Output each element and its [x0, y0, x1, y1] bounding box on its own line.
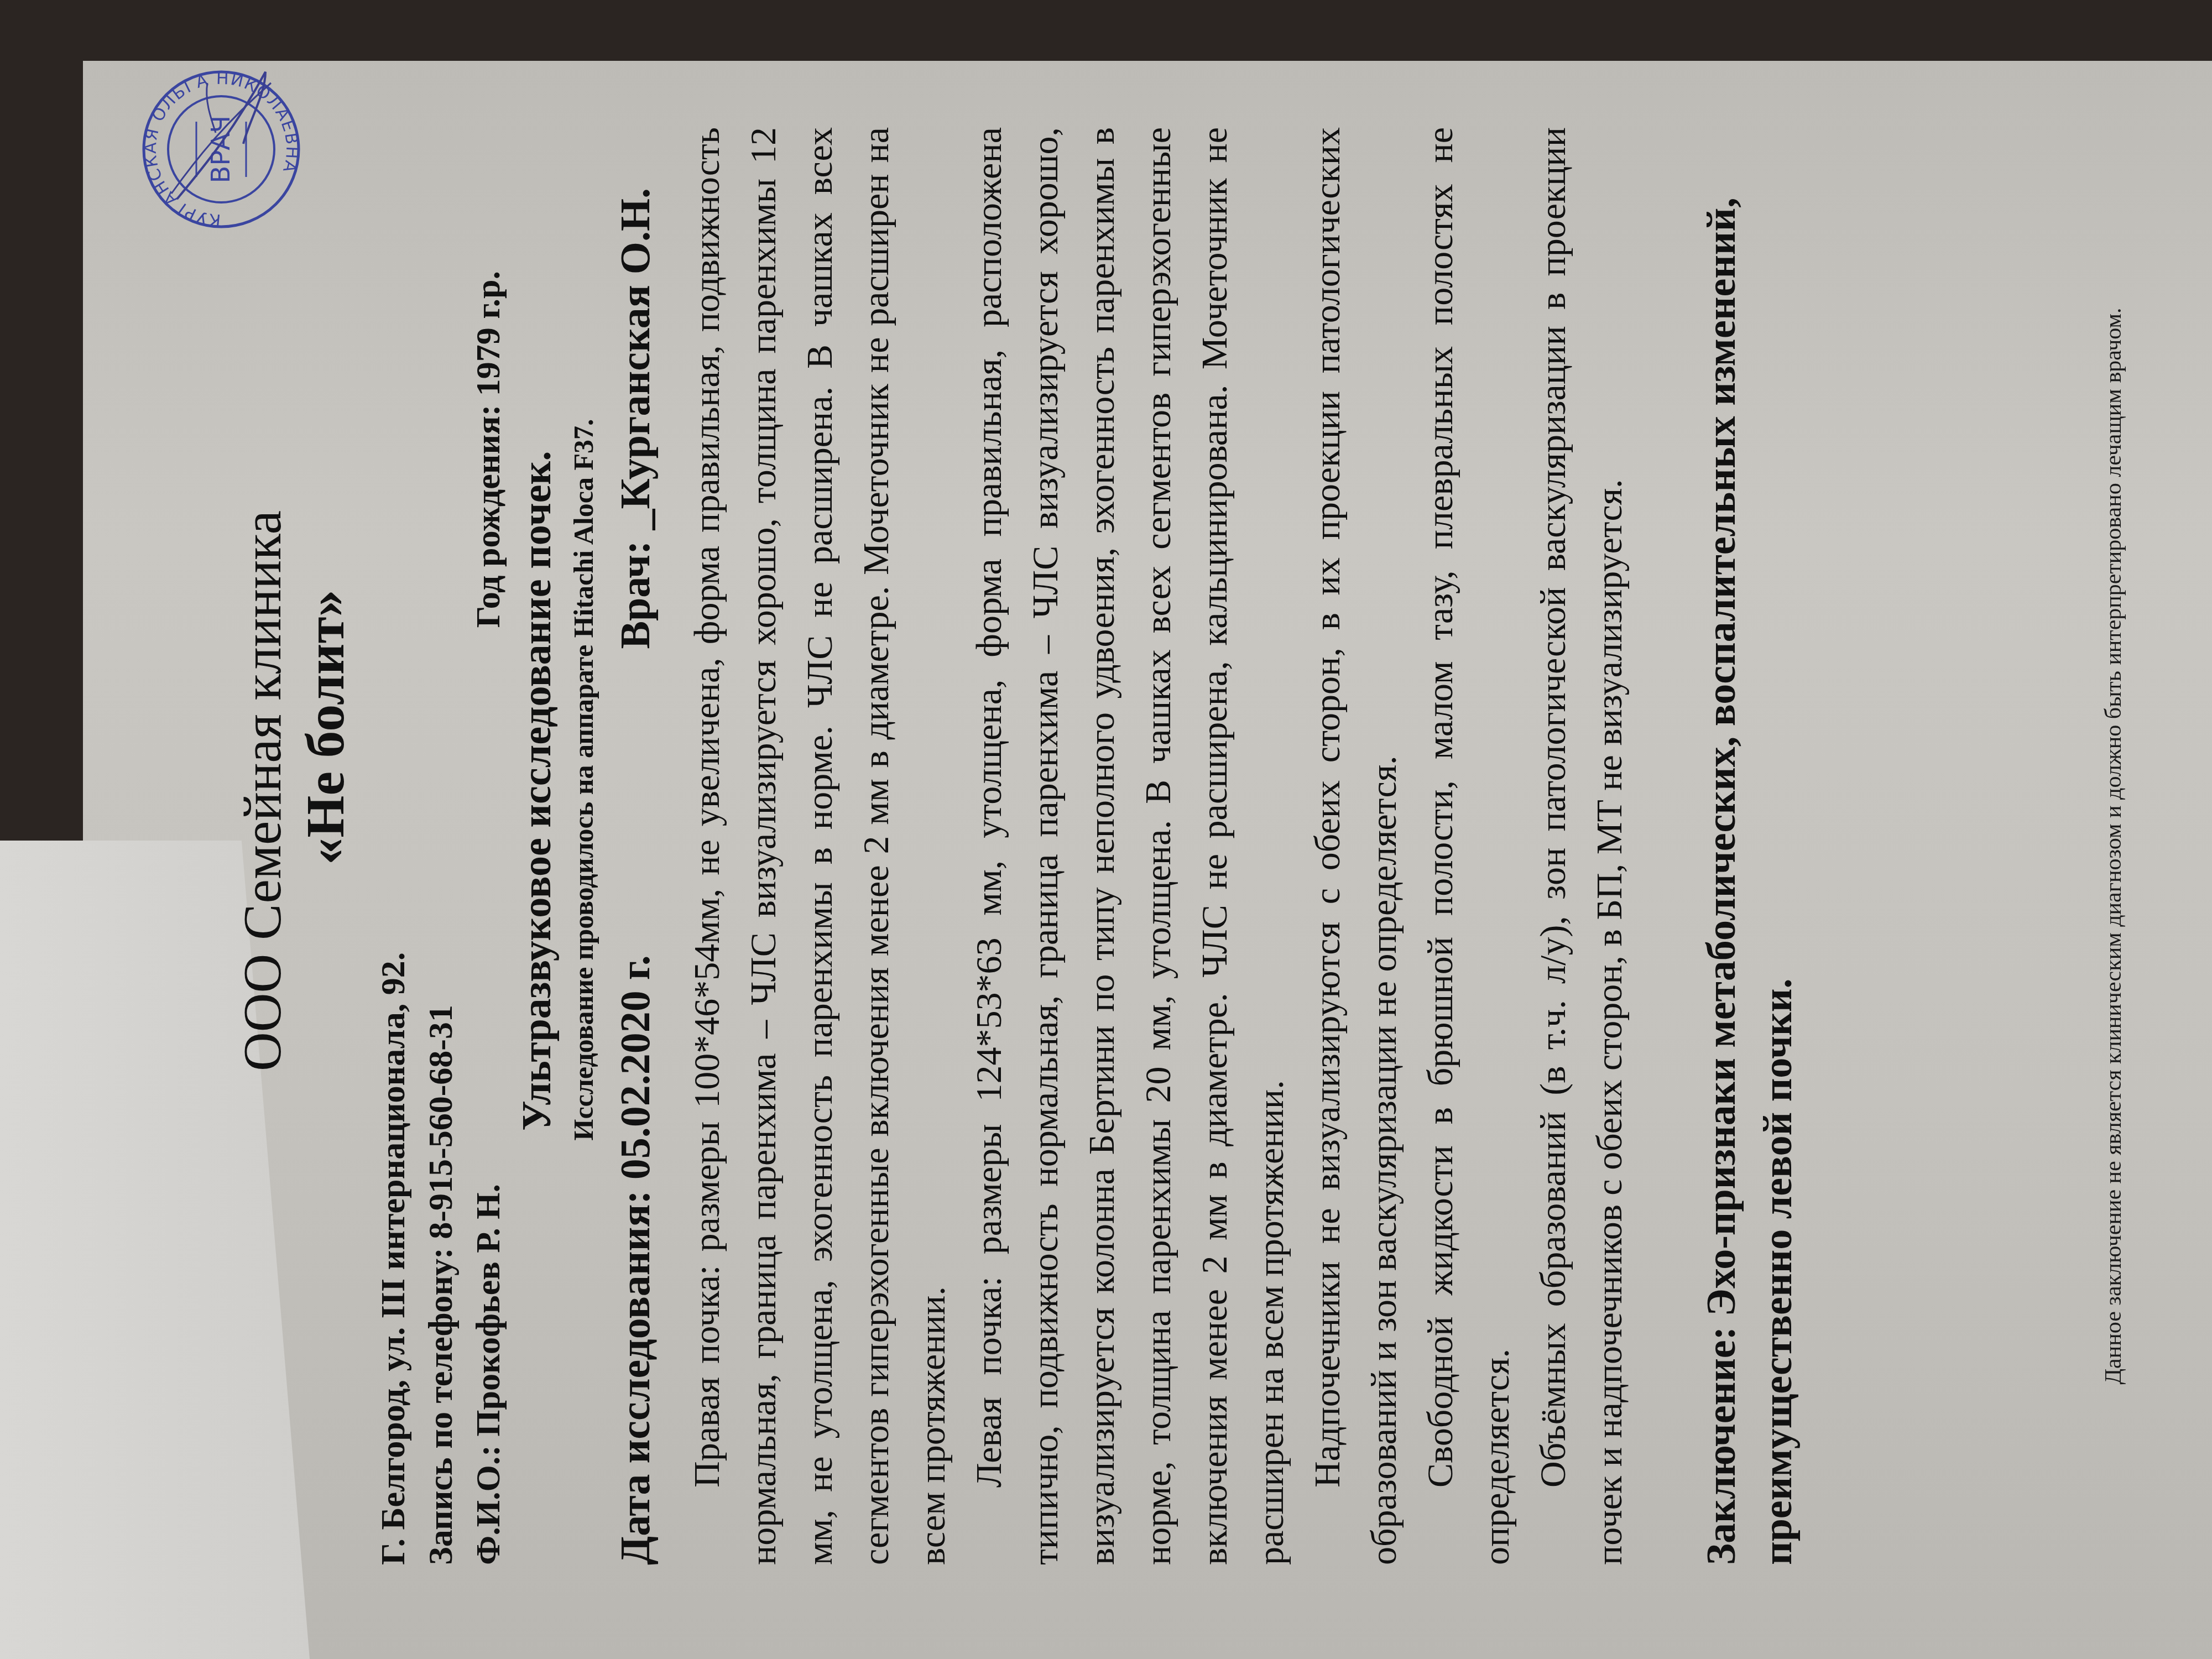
- document-page: ООО Семейная клиника «Не болит» Г. Белго…: [0, 0, 2212, 1659]
- date-doctor-row: Дата исследования: 05.02.2020 г. Врач: _…: [605, 127, 666, 1565]
- study-title: Ультразвуковое исследование почек.: [512, 127, 562, 1565]
- doctor-stamp-icon: КУРГАНСКАЯ ОЛЬГА НИКОЛАЕВНА ВРАЧ: [138, 66, 304, 232]
- masses-paragraph: Объёмных образований (в т.ч. л/у), зон п…: [1525, 127, 1638, 1565]
- conclusion: Заключение: Эхо-признаки метаболических,…: [1693, 127, 1806, 1565]
- clinic-phone: Запись по телефону: 8-915-560-68-31: [417, 127, 465, 1565]
- left-kidney-paragraph: Левая почка: размеры 124*53*63 мм, утолщ…: [961, 127, 1300, 1565]
- right-kidney-paragraph: Правая почка: размеры 100*46*54мм, не ув…: [679, 127, 961, 1565]
- device-line: Исследование проводилось на аппарате Hit…: [562, 127, 605, 1565]
- study-date: Дата исследования: 05.02.2020 г.: [605, 955, 666, 1565]
- disclaimer: Данное заключение не является клинически…: [2085, 127, 2142, 1565]
- patient-name: Ф.И.О.: Прокофьев Р. Н.: [465, 1184, 512, 1565]
- patient-row: Ф.И.О.: Прокофьев Р. Н. Год рождения: 19…: [465, 127, 512, 1565]
- ultrasound-report: ООО Семейная клиника «Не болит» Г. Белго…: [232, 127, 1806, 1565]
- svg-text:ВРАЧ: ВРАЧ: [206, 116, 236, 183]
- adrenal-paragraph: Надпочечники не визуализируются с обеих …: [1300, 127, 1412, 1565]
- doctor-name: Врач: _Курганская О.Н.: [605, 127, 666, 649]
- patient-birth-year: Год рождения: 1979 г.р.: [465, 127, 512, 628]
- clinic-address: Г. Белгород, ул. III интернационала, 92.: [369, 127, 417, 1565]
- free-fluid-paragraph: Свободной жидкости в брюшной полости, ма…: [1412, 127, 1525, 1565]
- clinic-name-quoted: «Не болит»: [299, 127, 353, 1565]
- clinic-name: ООО Семейная клиника: [232, 127, 293, 1565]
